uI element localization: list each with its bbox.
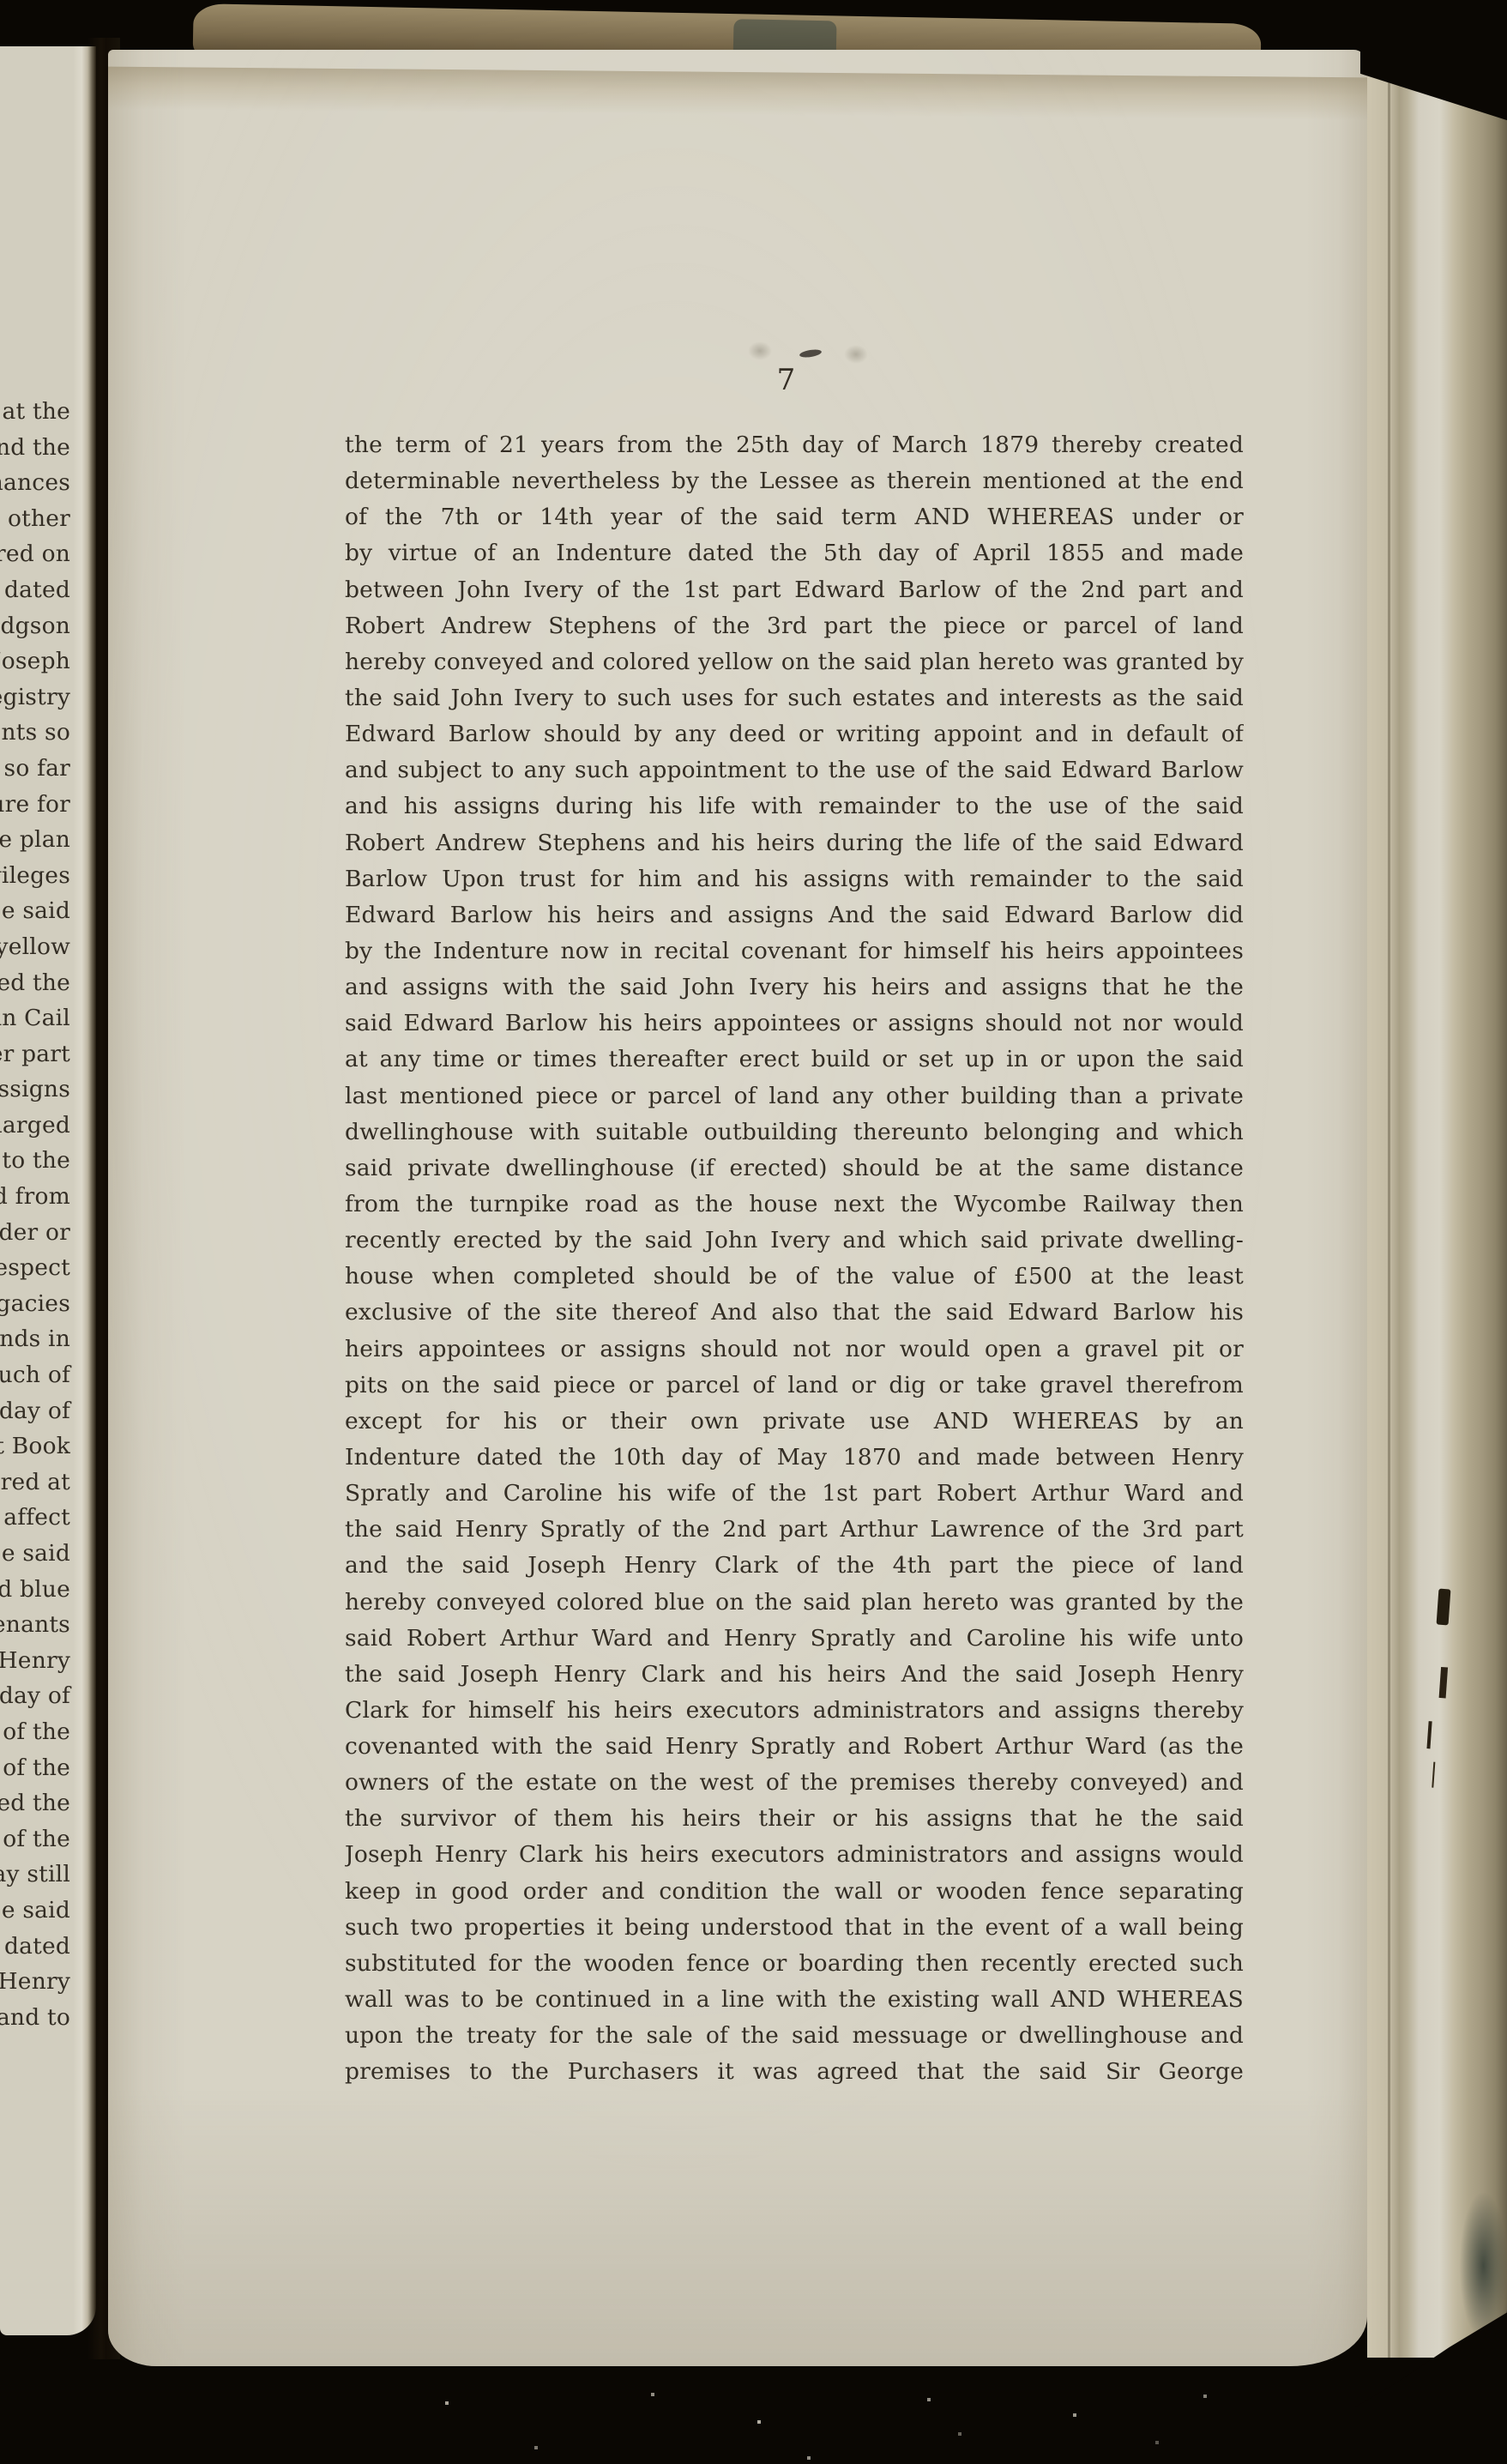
margin-fragment: venants — [0, 1607, 70, 1643]
margin-fragment: d from — [0, 1179, 70, 1215]
text-line: substituted for the wooden fence or boar… — [345, 1946, 1244, 1982]
margin-fragment: e of the — [0, 1714, 70, 1750]
text-line: Robert Andrew Stephens and his heirs dur… — [345, 825, 1244, 861]
facing-page-sliver: at thend theenancesotherrred ondatedodgs… — [0, 46, 96, 2335]
text-line: by virtue of an Indenture dated the 5th … — [345, 535, 1244, 571]
text-line: wall was to be continued in a line with … — [345, 1982, 1244, 2018]
text-line: the term of 21 years from the 25th day o… — [345, 427, 1244, 463]
margin-fragment: rred on — [0, 536, 70, 572]
margin-fragment: dated — [0, 1929, 70, 1965]
margin-fragment: s affect — [0, 1500, 70, 1536]
fore-edge-marks — [1437, 1589, 1451, 1626]
margin-fragment: enances — [0, 465, 70, 501]
text-line: Joseph Henry Clark his heirs executors a… — [345, 1837, 1244, 1873]
text-line: dwellinghouse with suitable outbuilding … — [345, 1114, 1244, 1150]
margin-fragment: ted the — [0, 965, 70, 1001]
text-line: keep in good order and condition the wal… — [345, 1874, 1244, 1910]
page-number: 7 — [759, 360, 814, 400]
margin-fragment: Henry — [0, 1643, 70, 1679]
margin-fragment: Registry — [0, 679, 70, 716]
text-line: covenanted with the said Henry Spratly a… — [345, 1729, 1244, 1765]
margin-fragment: der or — [0, 1215, 70, 1251]
margin-fragment: of the — [0, 1750, 70, 1786]
margin-fragment: to the — [0, 1143, 70, 1179]
text-line: Edward Barlow should by any deed or writ… — [345, 716, 1244, 752]
margin-fragment: in Cail — [0, 1000, 70, 1036]
text-line: said Robert Arthur Ward and Henry Spratl… — [345, 1621, 1244, 1657]
text-line: by the Indenture now in recital covenant… — [345, 933, 1244, 969]
text-line: except for his or their own private use … — [345, 1404, 1244, 1440]
margin-fragment: e plan — [0, 822, 70, 858]
text-line: of the 7th or 14th year of the said term… — [345, 499, 1244, 535]
text-line: Barlow Upon trust for him and his assign… — [345, 861, 1244, 897]
body-text: the term of 21 years from the 25th day o… — [345, 427, 1244, 2090]
margin-fragment: e said — [0, 1893, 70, 1929]
margin-fragment: day of — [0, 1678, 70, 1714]
text-line: Indenture dated the 10th day of May 1870… — [345, 1440, 1244, 1476]
margin-fragment: nd the — [0, 430, 70, 466]
text-line: Robert Andrew Stephens of the 3rd part t… — [345, 608, 1244, 644]
margin-fragment: ents so — [0, 715, 70, 751]
margin-fragment: t Book — [0, 1428, 70, 1465]
text-line: the said Henry Spratly of the 2nd part A… — [345, 1512, 1244, 1548]
text-line: such two properties it being understood … — [345, 1910, 1244, 1946]
text-line: at any time or times thereafter erect bu… — [345, 1042, 1244, 1078]
margin-fragment: Joseph — [0, 643, 70, 679]
text-line: and subject to any such appointment to t… — [345, 752, 1244, 788]
margin-fragment: ivileges — [0, 858, 70, 894]
margin-fragment: assigns — [0, 1072, 70, 1108]
margin-fragment: e said — [0, 1536, 70, 1572]
text-line: recently erected by the said John Ivery … — [345, 1223, 1244, 1259]
text-line: between John Ivery of the 1st part Edwar… — [345, 572, 1244, 608]
margin-fragment: ted the — [0, 1785, 70, 1821]
margin-fragment: ure for — [0, 787, 70, 823]
margin-fragment: uch of — [0, 1357, 70, 1393]
margin-fragment: ered at — [0, 1465, 70, 1501]
text-line: hereby conveyed and colored yellow on th… — [345, 644, 1244, 680]
text-line: and the said Joseph Henry Clark of the 4… — [345, 1548, 1244, 1584]
text-line: hereby conveyed colored blue on the said… — [345, 1585, 1244, 1621]
margin-fragment: yellow — [0, 929, 70, 965]
margin-fragment: ay still — [0, 1857, 70, 1893]
text-line: determinable nevertheless by the Lessee … — [345, 463, 1244, 499]
text-line: the said John Ivery to such uses for suc… — [345, 680, 1244, 716]
margin-fragment: day of — [0, 1393, 70, 1429]
text-line: the survivor of them his heirs their or … — [345, 1801, 1244, 1837]
text-line: owners of the estate on the west of the … — [345, 1765, 1244, 1801]
text-line: pits on the said piece or parcel of land… — [345, 1368, 1244, 1404]
margin-fragment: so far — [0, 751, 70, 787]
dust-specks — [0, 0, 2, 2]
text-line: upon the treaty for the sale of the said… — [345, 2018, 1244, 2054]
text-line: said private dwellinghouse (if erected) … — [345, 1150, 1244, 1187]
text-line: heirs appointees or assigns should not n… — [345, 1332, 1244, 1368]
margin-fragment: nds in — [0, 1321, 70, 1357]
margin-fragment: e said — [0, 893, 70, 929]
text-line: Spratly and Caroline his wife of the 1st… — [345, 1476, 1244, 1512]
fore-edge-page-stack — [1367, 48, 1507, 2358]
text-line: premises to the Purchasers it was agreed… — [345, 2054, 1244, 2090]
page: 7 the term of 21 years from the 25th day… — [108, 50, 1367, 2366]
text-line: Clark for himself his heirs executors ad… — [345, 1693, 1244, 1729]
text-line: from the turnpike road as the house next… — [345, 1187, 1244, 1223]
margin-fragment: odgson — [0, 608, 70, 644]
text-line: and his assigns during his life with rem… — [345, 788, 1244, 824]
text-line: house when completed should be of the va… — [345, 1259, 1244, 1295]
margin-fragment: and to — [0, 2000, 70, 2036]
fore-edge-seam — [1388, 48, 1390, 2358]
margin-fragment: d blue — [0, 1572, 70, 1608]
text-line: the said Joseph Henry Clark and his heir… — [345, 1657, 1244, 1693]
margin-fragment: er part — [0, 1036, 70, 1072]
paper-smudge — [844, 345, 868, 364]
text-line: said Edward Barlow his heirs appointees … — [345, 1006, 1244, 1042]
book-scan-photo: at thend theenancesotherrred ondatedodgs… — [0, 0, 1507, 2464]
text-line: and assigns with the said John Ivery his… — [345, 969, 1244, 1006]
margin-fragment: other — [0, 501, 70, 537]
margin-fragment: of the — [0, 1821, 70, 1857]
margin-fragment: dated — [0, 572, 70, 608]
margin-fragment: at the — [0, 394, 70, 430]
text-line: exclusive of the site thereof And also t… — [345, 1295, 1244, 1331]
margin-fragment: Henry — [0, 1964, 70, 2000]
margin-fragment: charged — [0, 1108, 70, 1144]
paper-smudge — [748, 341, 772, 360]
margin-fragment: egacies — [0, 1286, 70, 1322]
text-line: Edward Barlow his heirs and assigns And … — [345, 897, 1244, 933]
margin-fragment: respect — [0, 1250, 70, 1286]
text-line: last mentioned piece or parcel of land a… — [345, 1078, 1244, 1114]
facing-page-text-fragments: at thend theenancesotherrred ondatedodgs… — [0, 394, 70, 2035]
